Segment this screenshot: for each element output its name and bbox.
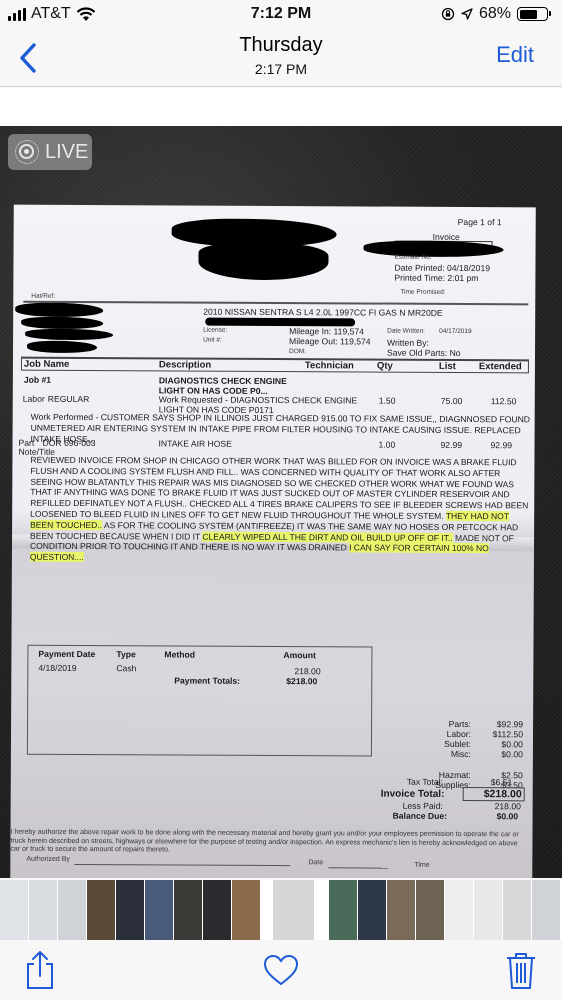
location-icon xyxy=(461,8,473,20)
summary-value: $112.50 xyxy=(481,729,523,739)
line-list: 75.00 xyxy=(441,396,463,406)
payment-amount: 218.00 xyxy=(294,666,320,676)
thumbnail[interactable] xyxy=(315,880,328,940)
photo-date-title: Thursday xyxy=(0,34,562,57)
payment-date: 4/18/2019 xyxy=(38,663,76,673)
column-qty: Qty xyxy=(377,361,393,372)
thumbnail[interactable] xyxy=(416,880,444,940)
thumbnail[interactable] xyxy=(532,880,560,940)
payments-box: Payment Date Type Method Amount 4/18/201… xyxy=(27,645,373,757)
vehicle-description: 2010 NISSAN SENTRA S L4 2.0L 1997CC FI G… xyxy=(203,307,443,318)
thumbnail[interactable] xyxy=(273,880,314,940)
bottom-toolbar xyxy=(0,940,562,1000)
thumbnail[interactable] xyxy=(145,880,173,940)
line-qty: 1.50 xyxy=(379,396,396,406)
date-written-label: Date Written: xyxy=(387,328,425,335)
payment-totals-value: $218.00 xyxy=(286,676,317,686)
invoice-document: Page 1 of 1 Invoice Estimate No. Date Pr… xyxy=(10,205,536,878)
invoice-total-label: Invoice Total: xyxy=(381,789,445,800)
job-title-line1: DIAGNOSTICS CHECK ENGINE xyxy=(159,375,287,386)
payment-column-date: Payment Date xyxy=(38,649,95,659)
summary-label: Labor: xyxy=(423,729,471,739)
redaction xyxy=(205,318,355,327)
photo-viewer[interactable]: LIVE Page 1 of 1 Invoice Estimate No. Da… xyxy=(0,126,562,878)
less-paid-label: Less Paid: xyxy=(403,801,443,811)
thumbnail[interactable] xyxy=(87,880,115,940)
thumbnail[interactable] xyxy=(174,880,202,940)
thumbnail[interactable] xyxy=(503,880,531,940)
summary-value: $92.99 xyxy=(481,719,523,729)
thumbnail[interactable] xyxy=(474,880,502,940)
thumbnail-scrubber[interactable] xyxy=(0,880,562,940)
estimate-label: Estimate No. xyxy=(394,254,431,261)
photo-top-margin xyxy=(0,88,562,126)
line-name: REGULAR xyxy=(48,394,90,404)
redaction xyxy=(27,341,97,353)
payment-totals-label: Payment Totals: xyxy=(174,675,240,685)
live-photo-icon xyxy=(15,140,39,164)
time-label: Time xyxy=(414,862,429,869)
line-extended: 92.99 xyxy=(491,440,513,450)
heart-icon[interactable] xyxy=(261,948,301,992)
less-paid: 218.00 xyxy=(495,801,521,811)
page-indicator: Page 1 of 1 xyxy=(458,217,502,227)
column-technician: Technician xyxy=(305,360,354,371)
line-list: 92.99 xyxy=(441,440,463,450)
thumbnail[interactable] xyxy=(58,880,86,940)
summary-value: $0.00 xyxy=(481,739,523,749)
time-promised: Time Promised: xyxy=(400,289,445,296)
line-item-part: Part DOR 696-003 INTAKE AIR HOSE 1.00 92… xyxy=(14,205,536,208)
license-label: License: xyxy=(203,327,227,334)
redaction xyxy=(15,303,103,317)
balance-due: $0.00 xyxy=(497,811,519,821)
authorized-by-label: Authorized By xyxy=(26,856,70,863)
redaction xyxy=(21,317,103,329)
line-item-labor: Labor REGULAR Work Requested - DIAGNOSTI… xyxy=(14,205,536,208)
thumbnail[interactable] xyxy=(445,880,473,940)
live-photo-badge[interactable]: LIVE xyxy=(8,134,92,170)
column-description: Description xyxy=(159,359,211,370)
redaction xyxy=(364,240,504,257)
share-icon[interactable] xyxy=(20,948,60,992)
note-text: REVIEWED INVOICE FROM SHOP IN CHICAGO OT… xyxy=(30,455,531,566)
invoice-total: $218.00 xyxy=(463,787,525,801)
thumbnail[interactable] xyxy=(29,880,57,940)
redaction xyxy=(198,244,328,281)
unit-label: Unit #: xyxy=(203,337,222,344)
dom-label: DOM: xyxy=(289,348,306,355)
payment-column-amount: Amount xyxy=(283,650,316,660)
mileage-in: Mileage In: 119,574 xyxy=(289,326,364,336)
summary-label: Parts: xyxy=(423,719,471,729)
battery-percent: 68% xyxy=(479,5,511,23)
payment-type: Cash xyxy=(116,663,136,673)
written-by: Written By: xyxy=(387,338,429,348)
date-label: Date xyxy=(308,859,323,866)
trash-icon[interactable] xyxy=(501,948,541,992)
photo-time-subtitle: 2:17 PM xyxy=(0,61,562,77)
balance-due-label: Balance Due: xyxy=(393,811,448,821)
column-extended: Extended xyxy=(479,361,522,372)
status-bar: AT&T 7:12 PM 68% xyxy=(0,0,562,30)
edit-button[interactable]: Edit xyxy=(496,42,534,68)
line-extended: 112.50 xyxy=(491,396,517,406)
navigation-bar: Thursday 2:17 PM Edit xyxy=(0,30,562,87)
thumbnail[interactable] xyxy=(203,880,231,940)
line-description: INTAKE AIR HOSE xyxy=(159,438,232,448)
save-old-parts: Save Old Parts: No xyxy=(387,348,461,358)
column-job-name: Job Name xyxy=(24,359,69,370)
date-written: 04/17/2019 xyxy=(439,328,472,335)
thumbnail[interactable] xyxy=(116,880,144,940)
thumbnail[interactable] xyxy=(0,880,28,940)
orientation-lock-icon xyxy=(441,7,455,21)
tax-total: $6.51 xyxy=(491,777,513,787)
tax-total-label: Tax Total: xyxy=(407,777,443,787)
payment-column-type: Type xyxy=(116,649,135,659)
thumbnail[interactable] xyxy=(232,880,260,940)
mileage-out: Mileage Out: 119,574 xyxy=(289,336,371,346)
thumbnail[interactable] xyxy=(358,880,386,940)
line-qty: 1.00 xyxy=(379,440,396,450)
authorization-text: I hereby authorize the above repair work… xyxy=(10,829,526,857)
highlighted-note: CLEARLY WIPED ALL THE DIRT AND OIL BUILD… xyxy=(202,531,452,542)
summary-value: $0.00 xyxy=(481,749,523,759)
hat-ref-label: Hat/Ref: xyxy=(31,293,55,300)
thumbnail[interactable] xyxy=(387,880,415,940)
live-label: LIVE xyxy=(45,141,88,164)
redaction xyxy=(25,329,113,340)
thumbnail[interactable] xyxy=(261,880,272,940)
date-printed: Date Printed: 04/18/2019 xyxy=(394,263,490,274)
column-list: List xyxy=(439,361,456,372)
summary-label: Misc: xyxy=(423,749,471,759)
line-type: Labor xyxy=(23,394,45,404)
totals-summary: Parts:$92.99Labor:$112.50Sublet:$0.00Mis… xyxy=(14,205,536,208)
summary-label: Sublet: xyxy=(423,739,471,749)
printed-time: Printed Time: 2:01 pm xyxy=(394,273,478,283)
thumbnail[interactable] xyxy=(329,880,357,940)
job-name: Job #1 xyxy=(24,375,51,385)
battery-icon xyxy=(517,7,548,21)
payment-column-method: Method xyxy=(164,649,195,659)
